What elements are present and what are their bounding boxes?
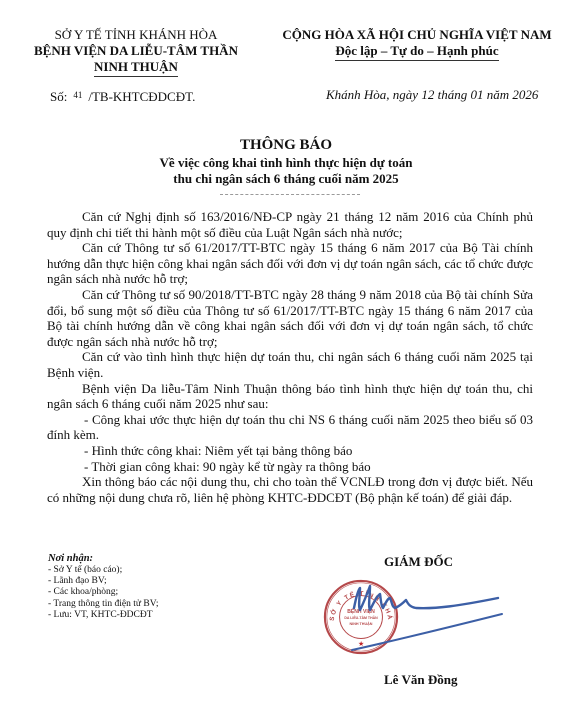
national-motto: Độc lập – Tự do – Hạnh phúc	[335, 43, 498, 61]
recipients-label: Nơi nhận:	[48, 552, 159, 565]
body-paragraph: Căn cứ Thông tư số 90/2018/TT-BTC ngày 2…	[47, 287, 533, 349]
recipients-block: Nơi nhận: - Sở Y tế (báo cáo); - Lãnh đạ…	[48, 552, 159, 621]
body-paragraph: Căn cứ Thông tư số 61/2017/TT-BTC ngày 1…	[47, 240, 533, 287]
signer-position: GIÁM ĐỐC	[384, 554, 453, 570]
handwritten-signature-icon	[348, 580, 503, 655]
recipient-item: - Lãnh đạo BV;	[48, 576, 159, 587]
document-subtitle-line1: Về việc công khai tình hình thực hiện dự…	[0, 155, 572, 171]
document-subtitle-line2: thu chi ngân sách 6 tháng cuối năm 2025	[0, 171, 572, 187]
body-paragraph: Bệnh viện Da liễu-Tâm Ninh Thuận thông b…	[47, 381, 533, 412]
body-bullet: - Hình thức công khai: Niêm yết tại bảng…	[47, 443, 533, 459]
nation-name: CỘNG HÒA XÃ HỘI CHỦ NGHĨA VIỆT NAM	[262, 27, 572, 43]
body-closing: Xin thông báo các nội dung thu, chi cho …	[47, 474, 533, 505]
recipient-item: - Lưu: VT, KHTC-ĐDCĐT	[48, 610, 159, 621]
national-title-block: CỘNG HÒA XÃ HỘI CHỦ NGHĨA VIỆT NAM Độc l…	[262, 27, 572, 61]
document-number-prefix: Số:	[50, 89, 67, 104]
document-number: Số:41/TB-KHTCĐDCĐT.	[50, 87, 195, 105]
signer-name: Lê Văn Đồng	[384, 672, 457, 688]
body-paragraph: Căn cứ vào tình hình thực hiện dự toán t…	[47, 349, 533, 380]
document-title-block: THÔNG BÁO Về việc công khai tình hình th…	[0, 136, 572, 187]
organization-name-line1: BỆNH VIỆN DA LIỄU-TÂM THẦN	[20, 43, 252, 59]
document-number-value: 41	[73, 90, 82, 100]
body-bullet: - Công khai ước thực hiện dự toán thu ch…	[47, 412, 533, 443]
place-date: Khánh Hòa, ngày 12 tháng 01 năm 2026	[326, 87, 538, 103]
parent-authority: SỞ Y TẾ TỈNH KHÁNH HÒA	[20, 27, 252, 43]
document-title: THÔNG BÁO	[0, 136, 572, 155]
recipient-item: - Sở Y tế (báo cáo);	[48, 565, 159, 576]
body-paragraph: Căn cứ Nghị định số 163/2016/NĐ-CP ngày …	[47, 209, 533, 240]
title-divider	[220, 194, 360, 195]
document-number-suffix: /TB-KHTCĐDCĐT.	[88, 89, 195, 104]
issuing-authority-block: SỞ Y TẾ TỈNH KHÁNH HÒA BỆNH VIỆN DA LIỄU…	[20, 27, 252, 77]
recipient-item: - Các khoa/phòng;	[48, 587, 159, 598]
body-bullet: - Thời gian công khai: 90 ngày kể từ ngà…	[47, 459, 533, 475]
document-body: Căn cứ Nghị định số 163/2016/NĐ-CP ngày …	[47, 209, 533, 505]
organization-name-line2: NINH THUẬN	[94, 59, 178, 77]
recipient-item: - Trang thông tin điện tử BV;	[48, 599, 159, 610]
